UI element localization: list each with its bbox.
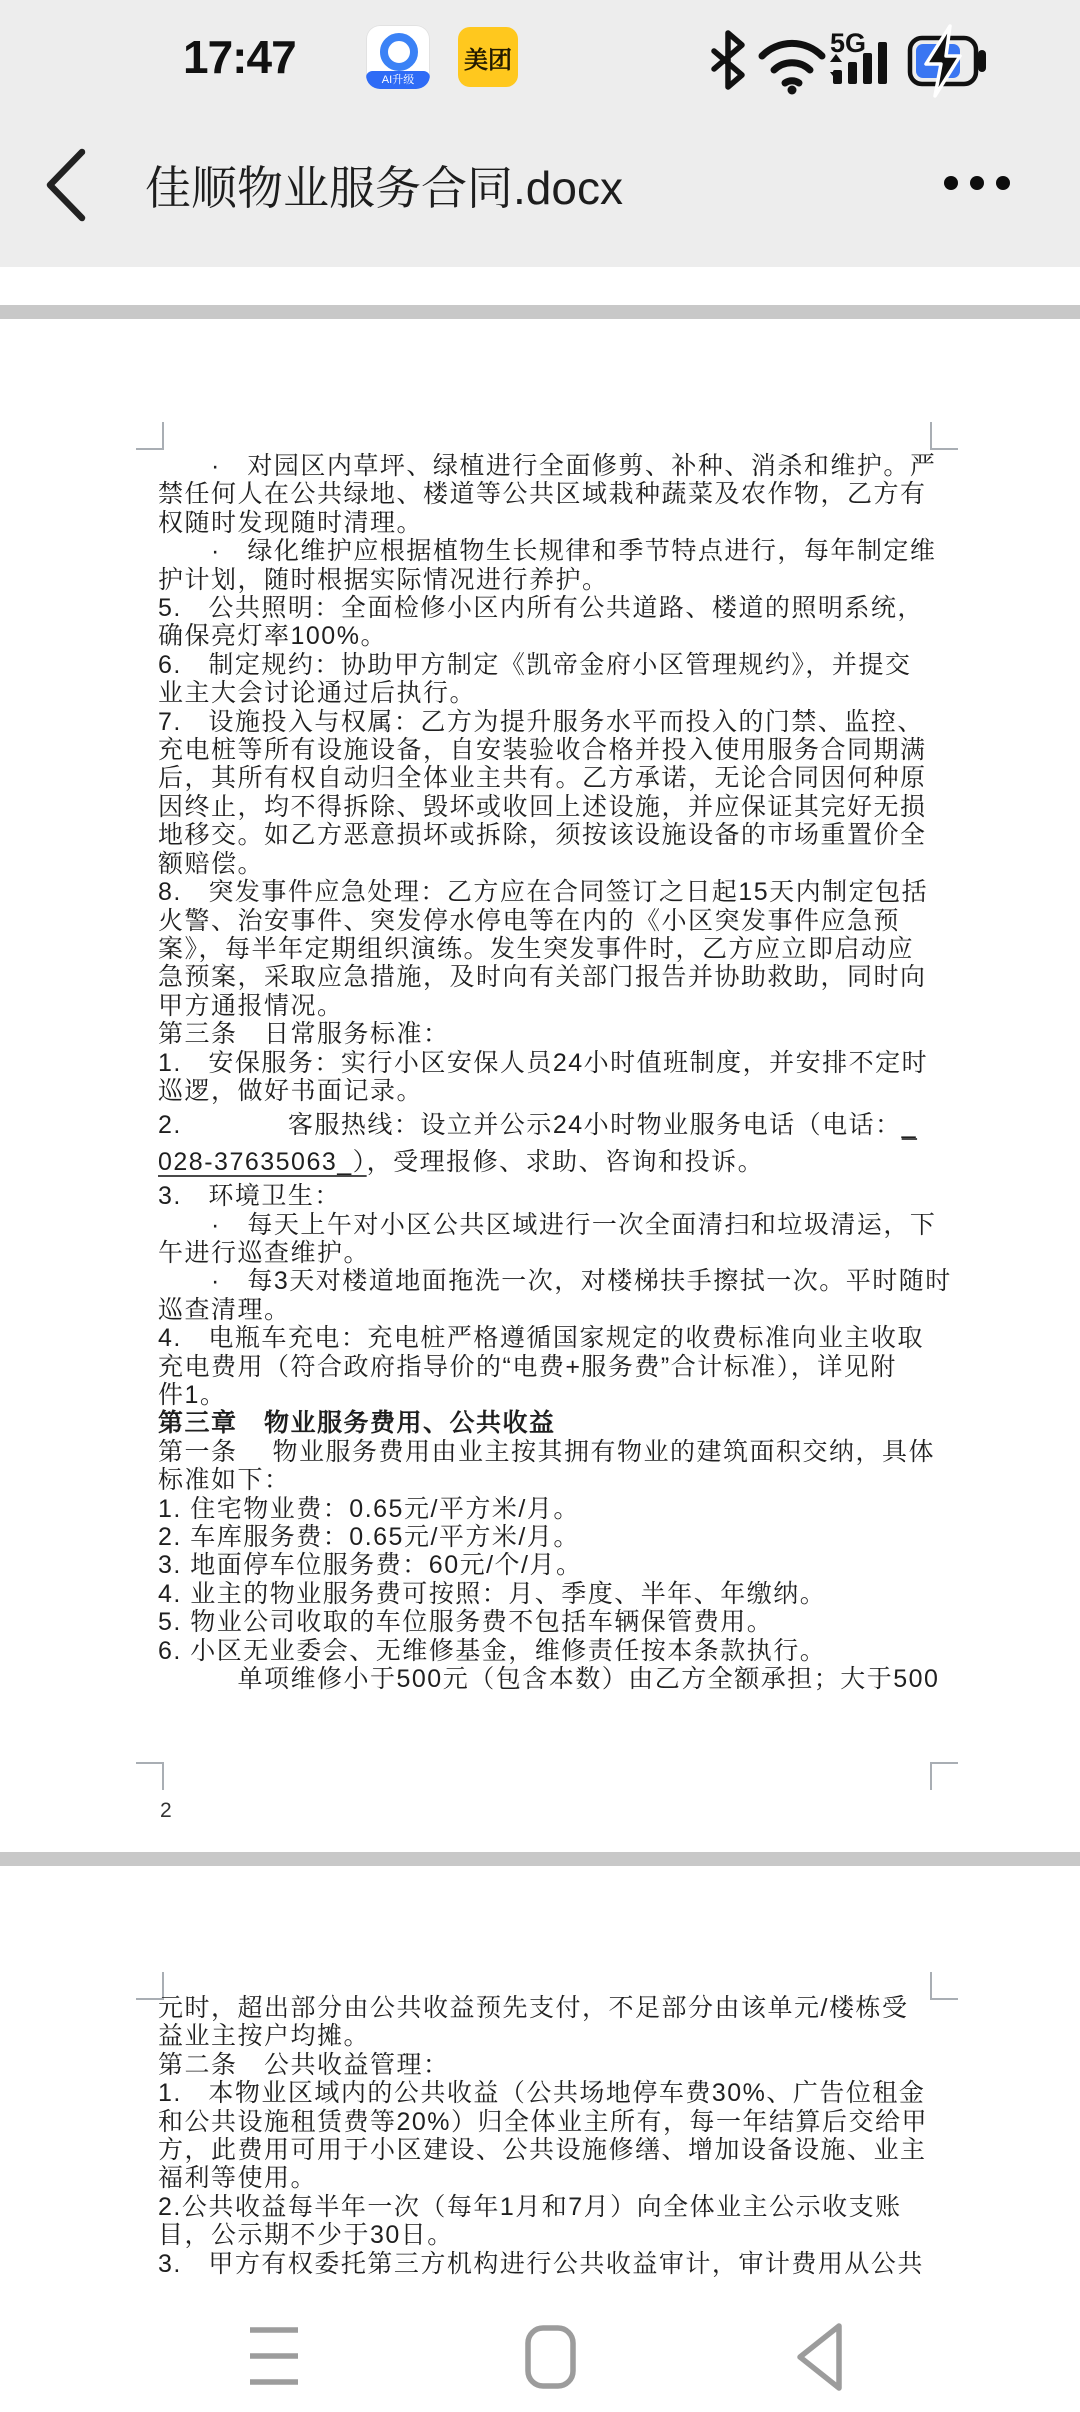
back-nav-button[interactable] — [760, 2312, 880, 2402]
document-line: 益业主按户均摊。 — [158, 2022, 948, 2050]
text-segment: 目，公示期不少于30日。 — [158, 2221, 454, 2249]
document-line: 1. 住宅物业费：0.65元/平方米/月。 — [158, 1495, 948, 1523]
document-line: 充电费用（符合政府指导价的“电费+服务费”合计标准），详见附 — [158, 1353, 948, 1381]
document-viewport[interactable]: · 对园区内草坪、绿植进行全面修剪、补种、消杀和维护。严禁任何人在公共绿地、楼道… — [0, 267, 1080, 2282]
text-segment: 2. 客服热线：设立并公示24小时物业服务电话（电话： — [158, 1111, 902, 1139]
document-line: 案》，每半年定期组织演练。发生突发事件时，乙方应立即启动应 — [158, 935, 948, 963]
page-3-text: 元时，超出部分由公共收益预先支付，不足部分由该单元/楼栋受益业主按户均摊。第二条… — [158, 1994, 948, 2278]
text-segment: 6. 制定规约：协助甲方制定《凯帝金府小区管理规约》，并提交 — [158, 651, 911, 679]
document-line: 2.公共收益每半年一次（每年1月和7月）向全体业主公示收支账 — [158, 2193, 948, 2221]
signal-bars-icon: 5G — [830, 28, 887, 84]
document-line: 方，此费用可用于小区建设、公共设施修缮、增加设备设施、业主 — [158, 2136, 948, 2164]
underlined-text: 028-37635063_） — [158, 1148, 367, 1176]
document-line: 3. 甲方有权委托第三方机构进行公共收益审计，审计费用从公共 — [158, 2250, 948, 2278]
text-segment: 3. 地面停车位服务费：60元/个/月。 — [158, 1551, 583, 1579]
header: 17:47 AI升级 美团 5G — [0, 0, 1080, 267]
back-button[interactable] — [30, 140, 110, 230]
text-segment: 午进行巡查维护。 — [158, 1239, 370, 1267]
page-separator — [0, 305, 1080, 319]
document-line: 火警、治安事件、突发停水停电等在内的《小区突发事件应急预 — [158, 907, 948, 935]
quark-notification-icon: AI升级 — [366, 25, 430, 89]
dot-icon — [996, 176, 1010, 190]
text-segment: 元时，超出部分由公共收益预先支付，不足部分由该单元/楼栋受 — [158, 1994, 908, 2022]
notification-app-label: AI升级 — [366, 71, 430, 89]
network-type-label: 5G — [830, 28, 866, 58]
document-line: 6. 制定规约：协助甲方制定《凯帝金府小区管理规约》，并提交 — [158, 651, 948, 679]
android-nav-bar — [0, 2282, 1080, 2412]
text-segment: 急预案，采取应急措施，及时向有关部门报告并协助救助，同时向 — [158, 963, 927, 991]
document-line: 3. 地面停车位服务费：60元/个/月。 — [158, 1551, 948, 1579]
document-line: 标准如下： — [158, 1466, 948, 1494]
page-corner-mark — [930, 422, 958, 450]
text-segment: 第一条 物业服务费用由业主按其拥有物业的建筑面积交纳，具体 — [158, 1438, 935, 1466]
document-line: 巡查清理。 — [158, 1296, 948, 1324]
document-line: 业主大会讨论通过后执行。 — [158, 679, 948, 707]
text-segment: · 绿化维护应根据植物生长规律和季节特点进行，每年制定维 — [158, 537, 936, 565]
document-line: 巡逻，做好书面记录。 — [158, 1077, 948, 1105]
document-line: 2. 车库服务费：0.65元/平方米/月。 — [158, 1523, 948, 1551]
home-button[interactable] — [490, 2312, 610, 2402]
document-line: 第三条 日常服务标准： — [158, 1020, 948, 1048]
text-segment: 第二条 公共收益管理： — [158, 2051, 450, 2079]
text-segment: 益业主按户均摊。 — [158, 2022, 370, 2050]
text-segment: 4. 业主的物业服务费可按照：月、季度、半年、年缴纳。 — [158, 1580, 826, 1608]
dot-icon — [944, 176, 958, 190]
document-line: 5. 物业公司收取的车位服务费不包括车辆保管费用。 — [158, 1608, 948, 1636]
text-segment: 4. 电瓶车充电：充电桩严格遵循国家规定的收费标准向业主收取 — [158, 1324, 924, 1352]
document-line: 福利等使用。 — [158, 2164, 948, 2192]
document-line: 目，公示期不少于30日。 — [158, 2221, 948, 2249]
text-segment: 权随时发现随时清理。 — [158, 509, 423, 537]
dot-icon — [970, 176, 984, 190]
page-corner-mark — [930, 1762, 958, 1790]
document-line: 1. 安保服务：实行小区安保人员24小时值班制度，并安排不定时 — [158, 1049, 948, 1077]
page-corner-mark — [136, 422, 164, 450]
status-icons: 5G — [700, 20, 1000, 110]
text-segment: 3. 甲方有权委托第三方机构进行公共收益审计，审计费用从公共 — [158, 2250, 924, 2278]
text-segment: 火警、治安事件、突发停水停电等在内的《小区突发事件应急预 — [158, 907, 900, 935]
text-segment: · 对园区内草坪、绿植进行全面修剪、补种、消杀和维护。严 — [158, 452, 936, 480]
text-segment: 案》，每半年定期组织演练。发生突发事件时，乙方应立即启动应 — [158, 935, 914, 963]
text-segment: 福利等使用。 — [158, 2164, 317, 2192]
text-segment: 8. 突发事件应急处理：乙方应在合同签订之日起15天内制定包括 — [158, 878, 928, 906]
status-time: 17:47 — [183, 30, 296, 84]
home-icon — [490, 2312, 610, 2402]
document-line: 因终止，均不得拆除、毁坏或收回上述设施，并应保证其完好无损 — [158, 793, 948, 821]
document-line: 后，其所有权自动归全体业主共有。乙方承诺，无论合同因何种原 — [158, 764, 948, 792]
text-segment: 7. 设施投入与权属：乙方为提升服务水平而投入的门禁、监控、 — [158, 708, 924, 736]
document-line: 第三章 物业服务费用、公共收益 — [158, 1409, 948, 1437]
document-line: 6. 小区无业委会、无维修基金，维修责任按本条款执行。 — [158, 1637, 948, 1665]
document-line: 护计划，随时根据实际情况进行养护。 — [158, 566, 948, 594]
document-line: · 对园区内草坪、绿植进行全面修剪、补种、消杀和维护。严 — [158, 452, 948, 480]
text-segment: 地移交。如乙方恶意损坏或拆除，须按该设施设备的市场重置价全 — [158, 821, 927, 849]
document-line: 件1。 — [158, 1381, 948, 1409]
text-segment: 第三条 日常服务标准： — [158, 1020, 450, 1048]
text-segment: 1. 住宅物业费：0.65元/平方米/月。 — [158, 1495, 580, 1523]
document-line: 确保亮灯率100%。 — [158, 622, 948, 650]
text-segment: ，受理报修、求助、咨询和投诉。 — [367, 1148, 765, 1176]
document-line: 禁任何人在公共绿地、楼道等公共区域栽种蔬菜及农作物，乙方有 — [158, 480, 948, 508]
document-line: 028-37635063_），受理报修、求助、咨询和投诉。 — [158, 1148, 948, 1176]
battery-charging-icon — [910, 26, 986, 96]
document-line: 8. 突发事件应急处理：乙方应在合同签订之日起15天内制定包括 — [158, 878, 948, 906]
bluetooth-icon — [714, 33, 742, 87]
text-segment: 单项维修小于500元（包含本数）由乙方全额承担；大于500 — [158, 1665, 939, 1693]
text-segment: 2.公共收益每半年一次（每年1月和7月）向全体业主公示收支账 — [158, 2193, 902, 2221]
document-line: 第二条 公共收益管理： — [158, 2051, 948, 2079]
more-options-button[interactable] — [930, 150, 1030, 220]
document-line: 元时，超出部分由公共收益预先支付，不足部分由该单元/楼栋受 — [158, 1994, 948, 2022]
meituan-notification-icon: 美团 — [458, 27, 518, 87]
document-line: 7. 设施投入与权属：乙方为提升服务水平而投入的门禁、监控、 — [158, 708, 948, 736]
page-2-text: · 对园区内草坪、绿植进行全面修剪、补种、消杀和维护。严禁任何人在公共绿地、楼道… — [158, 452, 948, 1693]
text-segment: 业主大会讨论通过后执行。 — [158, 679, 476, 707]
text-segment: 充电桩等所有设施设备，自安装验收合格并投入使用服务合同期满 — [158, 736, 927, 764]
text-segment: 2. 车库服务费：0.65元/平方米/月。 — [158, 1523, 580, 1551]
document-line: 甲方通报情况。 — [158, 992, 948, 1020]
text-segment: 充电费用（符合政府指导价的“电费+服务费”合计标准），详见附 — [158, 1353, 897, 1381]
document-line: 额赔偿。 — [158, 850, 948, 878]
document-line: 充电桩等所有设施设备，自安装验收合格并投入使用服务合同期满 — [158, 736, 948, 764]
text-segment: 和公共设施租赁费等20%）归全体业主所有，每一年结算后交给甲 — [158, 2108, 928, 2136]
document-line: 4. 业主的物业服务费可按照：月、季度、半年、年缴纳。 — [158, 1580, 948, 1608]
page-number: 2 — [160, 1799, 172, 1823]
text-segment: 第三章 物业服务费用、公共收益 — [158, 1409, 556, 1437]
document-line: · 每天上午对小区公共区域进行一次全面清扫和垃圾清运，下 — [158, 1211, 948, 1239]
underlined-text: _ — [902, 1111, 917, 1139]
document-line: 午进行巡查维护。 — [158, 1239, 948, 1267]
document-title: 佳顺物业服务合同.docx — [145, 152, 905, 218]
quark-ring-icon — [380, 33, 418, 71]
document-line: 1. 本物业区域内的公共收益（公共场地停车费30%、广告位租金 — [158, 2079, 948, 2107]
text-segment: 3. 环境卫生： — [158, 1182, 341, 1210]
text-segment: 标准如下： — [158, 1466, 291, 1494]
text-segment: 确保亮灯率100%。 — [158, 622, 387, 650]
text-segment: 1. 本物业区域内的公共收益（公共场地停车费30%、广告位租金 — [158, 2079, 925, 2107]
text-segment: 因终止，均不得拆除、毁坏或收回上述设施，并应保证其完好无损 — [158, 793, 927, 821]
menu-icon — [214, 2312, 334, 2402]
text-segment: 5. 公共照明：全面检修小区内所有公共道路、楼道的照明系统， — [158, 594, 924, 622]
text-segment: 巡查清理。 — [158, 1296, 291, 1324]
text-segment: 后，其所有权自动归全体业主共有。乙方承诺，无论合同因何种原 — [158, 764, 927, 792]
text-segment: 件1。 — [158, 1381, 226, 1409]
document-line: 2. 客服热线：设立并公示24小时物业服务电话（电话：_ — [158, 1111, 948, 1139]
text-segment: 6. 小区无业委会、无维修基金，维修责任按本条款执行。 — [158, 1637, 826, 1665]
page-corner-mark — [136, 1762, 164, 1790]
text-segment: 方，此费用可用于小区建设、公共设施修缮、增加设备设施、业主 — [158, 2136, 927, 2164]
page-separator — [0, 1852, 1080, 1866]
document-line: 单项维修小于500元（包含本数）由乙方全额承担；大于500 — [158, 1665, 948, 1693]
text-segment: · 每天上午对小区公共区域进行一次全面清扫和垃圾清运，下 — [158, 1211, 936, 1239]
document-line: · 绿化维护应根据植物生长规律和季节特点进行，每年制定维 — [158, 537, 948, 565]
document-line: 3. 环境卫生： — [158, 1182, 948, 1210]
document-line: 第一条 物业服务费用由业主按其拥有物业的建筑面积交纳，具体 — [158, 1438, 948, 1466]
document-line: 地移交。如乙方恶意损坏或拆除，须按该设施设备的市场重置价全 — [158, 821, 948, 849]
text-segment: 1. 安保服务：实行小区安保人员24小时值班制度，并安排不定时 — [158, 1049, 928, 1077]
text-segment: 甲方通报情况。 — [158, 992, 344, 1020]
recent-apps-button[interactable] — [214, 2312, 334, 2402]
text-segment: 巡逻，做好书面记录。 — [158, 1077, 423, 1105]
text-segment: 禁任何人在公共绿地、楼道等公共区域栽种蔬菜及农作物，乙方有 — [158, 480, 927, 508]
text-segment: 护计划，随时根据实际情况进行养护。 — [158, 566, 609, 594]
document-line: 权随时发现随时清理。 — [158, 509, 948, 537]
text-segment: 额赔偿。 — [158, 850, 264, 878]
document-line: · 每3天对楼道地面拖洗一次，对楼梯扶手擦拭一次。平时随时 — [158, 1267, 948, 1295]
document-line: 5. 公共照明：全面检修小区内所有公共道路、楼道的照明系统， — [158, 594, 948, 622]
document-line: 和公共设施租赁费等20%）归全体业主所有，每一年结算后交给甲 — [158, 2108, 948, 2136]
document-line: 急预案，采取应急措施，及时向有关部门报告并协助救助，同时向 — [158, 963, 948, 991]
text-segment: 5. 物业公司收取的车位服务费不包括车辆保管费用。 — [158, 1608, 773, 1636]
text-segment: · 每3天对楼道地面拖洗一次，对楼梯扶手擦拭一次。平时随时 — [158, 1267, 952, 1295]
back-icon — [760, 2312, 880, 2402]
document-line: 4. 电瓶车充电：充电桩严格遵循国家规定的收费标准向业主收取 — [158, 1324, 948, 1352]
